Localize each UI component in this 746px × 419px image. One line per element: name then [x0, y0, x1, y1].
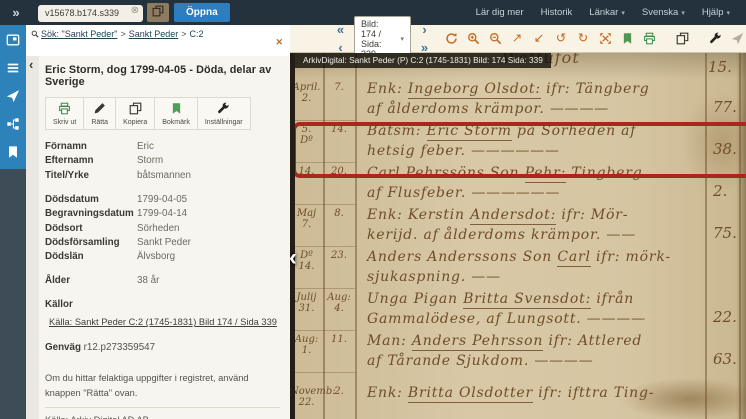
- action-label: Inställningar: [205, 119, 243, 126]
- refresh-icon[interactable]: [442, 30, 460, 48]
- copy-icon: [129, 102, 142, 117]
- shrink-icon[interactable]: ↙: [530, 30, 548, 48]
- page-edge: [290, 53, 295, 419]
- death-record-entry: Novemb: 22.2.Enk: Britta Olsdotter ifr: …: [290, 383, 746, 419]
- breadcrumb-separator: >: [181, 29, 186, 39]
- field-row: DödsförsamlingSankt Peder: [45, 237, 280, 248]
- field-value: Sankt Peder: [137, 237, 191, 248]
- field-value: 1799-04-14: [137, 208, 187, 219]
- arkivdigital-app: » ⊗ Öppna Lär dig merHistorikLänkar▾Sven…: [0, 0, 746, 419]
- wrench-icon[interactable]: [706, 30, 724, 48]
- field-group: Ålder38 år: [45, 275, 280, 286]
- field-row: DödsortSörheden: [45, 223, 280, 234]
- next-image-button[interactable]: ›: [416, 22, 433, 37]
- field-row: Ålder38 år: [45, 275, 280, 286]
- document-viewer: ArkivDigital: Sankt Peder (P) C:2 (1745-…: [290, 53, 746, 419]
- print-icon[interactable]: [640, 30, 658, 48]
- fullscreen-icon[interactable]: [596, 30, 614, 48]
- field-label: Dödsdatum: [45, 194, 137, 205]
- field-row: Titel/Yrkebåtsmannen: [45, 170, 280, 181]
- menu-svenska[interactable]: Svenska▾: [642, 7, 685, 18]
- sidebar-icon-group: [0, 25, 26, 169]
- death-record-entry: April. 2.7.Enk: Ingeborg Olsdot: ifr: Tä…: [290, 79, 746, 121]
- chevron-down-icon: ▾: [726, 10, 730, 17]
- left-sidebar: [0, 25, 26, 419]
- field-row: Begravningsdatum1799-04-14: [45, 208, 280, 219]
- field-group: Dödsdatum1799-04-05Begravningsdatum1799-…: [45, 194, 280, 263]
- pencil-icon: [93, 102, 106, 117]
- search-input[interactable]: [38, 5, 143, 22]
- field-label: Dödsort: [45, 223, 137, 234]
- shortcut-value: r12.p273359547: [84, 342, 155, 353]
- panel-collapse-strip: ‹: [26, 56, 39, 419]
- main-row: Sök: "Sankt Peder">Sankt Peder>C:2 ✕ ‹ E…: [0, 25, 746, 419]
- action-label: Kopiera: [123, 119, 147, 126]
- bookmark-icon[interactable]: [0, 138, 26, 166]
- panel-divider: [45, 407, 280, 408]
- document-entries: April. 2.7.Enk: Ingeborg Olsdot: ifr: Tä…: [290, 79, 746, 419]
- breadcrumb-separator: >: [120, 29, 125, 39]
- breadcrumb-item[interactable]: Sök: "Sankt Peder": [41, 29, 117, 39]
- viewer-toolbar: «‹ Bild: 174 / Sida: 339 ▾ ›» ↗↙↺↻: [290, 25, 746, 53]
- link-lar-dig-mer[interactable]: Lär dig mer: [476, 7, 524, 18]
- breadcrumb-item: C:2: [190, 29, 204, 39]
- sources-heading: Källor: [45, 299, 280, 310]
- correct-record-button[interactable]: Rätta: [84, 98, 116, 129]
- field-label: Förnamn: [45, 141, 137, 152]
- action-label: Bokmärk: [162, 119, 190, 126]
- navigate-icon[interactable]: [0, 82, 26, 110]
- bookmark-record-button[interactable]: Bokmärk: [155, 98, 198, 129]
- shortcut-row: Genväg r12.p273359547: [45, 342, 280, 353]
- print-record-button[interactable]: Skriv ut: [46, 98, 84, 129]
- network-icon[interactable]: [0, 110, 26, 138]
- search-box: ⊗: [38, 3, 143, 22]
- left-column: Sök: "Sankt Peder">Sankt Peder>C:2 ✕ ‹ E…: [26, 25, 290, 419]
- chevron-down-icon: ▾: [621, 10, 625, 17]
- enlarge-icon[interactable]: ↗: [508, 30, 526, 48]
- death-record-entry: Maj 7.8.Enk: Kerstin Andersdot: ifr: Mör…: [290, 205, 746, 247]
- field-row: DödslänÄlvsborg: [45, 251, 280, 262]
- breadcrumb: Sök: "Sankt Peder">Sankt Peder>C:2 ✕: [26, 25, 290, 56]
- breadcrumb-item[interactable]: Sankt Peder: [129, 29, 179, 39]
- settings-button[interactable]: Inställningar: [198, 98, 250, 129]
- field-row: FörnamnEric: [45, 141, 280, 152]
- field-label: Begravningsdatum: [45, 208, 137, 219]
- death-record-entry: Julij 31.Aug: 4.Unga Pigan Britta Svensd…: [290, 289, 746, 331]
- close-results-icon[interactable]: ✕: [275, 38, 283, 47]
- bookmark-icon: [170, 102, 183, 117]
- send-icon[interactable]: [728, 30, 746, 48]
- field-value: Sörheden: [137, 223, 180, 234]
- field-value: Älvsborg: [137, 251, 175, 262]
- record-fields: FörnamnEricEfternamnStormTitel/Yrkebåtsm…: [45, 141, 280, 286]
- link-historik[interactable]: Historik: [541, 7, 573, 18]
- zoom-in-icon[interactable]: [464, 30, 482, 48]
- field-label: Efternamn: [45, 155, 137, 166]
- field-label: Dödslän: [45, 251, 137, 262]
- menu-hjalp[interactable]: Hjälp▾: [702, 7, 730, 18]
- field-value: båtsmannen: [137, 170, 191, 181]
- action-label: Rätta: [91, 119, 108, 126]
- highlighted-death-record-entry: 5. Dº14.Båtsm: Eric Storm på Sörheden af…: [290, 121, 746, 163]
- panel-toggle-handle[interactable]: ‹: [290, 245, 297, 271]
- record-action-toolbar: Skriv utRättaKopieraBokmärkInställningar: [45, 97, 251, 130]
- field-value: 1799-04-05: [137, 194, 187, 205]
- record-panel: ‹ Eric Storm, dog 1799-04-05 - Döda, del…: [26, 56, 290, 419]
- death-record-entry: Aug: 1.11.Man: Anders Pehrsson ifr: Attl…: [290, 331, 746, 373]
- wrench-icon: [217, 102, 230, 117]
- copy-reference-button[interactable]: [147, 3, 169, 22]
- image-viewer-icon[interactable]: [0, 26, 26, 54]
- bookmark-icon[interactable]: [618, 30, 636, 48]
- clear-search-icon[interactable]: ⊗: [131, 6, 139, 16]
- panel-collapse-icon[interactable]: ‹: [26, 56, 39, 72]
- record-title: Eric Storm, dog 1799-04-05 - Döda, delar…: [45, 64, 280, 88]
- copy-icon: [152, 5, 164, 20]
- printer-icon: [58, 102, 71, 117]
- rotate-left-icon[interactable]: ↺: [552, 30, 570, 48]
- copy-record-button[interactable]: Kopiera: [116, 98, 155, 129]
- field-group: FörnamnEricEfternamnStormTitel/Yrkebåtsm…: [45, 141, 280, 181]
- field-value: Storm: [137, 155, 163, 166]
- field-label: Ålder: [45, 275, 137, 286]
- death-record-entry: 14.20.Carl Pehrssöns Son Pehr: Tingberga…: [290, 163, 746, 205]
- menu-lankar[interactable]: Länkar▾: [589, 7, 625, 18]
- field-value: Eric: [137, 141, 154, 152]
- action-label: Skriv ut: [53, 119, 76, 126]
- first-image-button[interactable]: «: [332, 22, 349, 37]
- copy-icon[interactable]: [673, 30, 691, 48]
- image-info-bar: ArkivDigital: Sankt Peder (P) C:2 (1745-…: [295, 53, 551, 68]
- death-record-entry: Dº 14.23.Anders Anderssons Son Carl ifr:…: [290, 247, 746, 289]
- credit-text: Källa: Arkiv Digital AD AB: [45, 415, 280, 419]
- field-value: 38 år: [137, 275, 159, 286]
- search-icon: [31, 29, 41, 39]
- right-column: «‹ Bild: 174 / Sida: 339 ▾ ›» ↗↙↺↻ Arkiv…: [290, 25, 746, 419]
- field-label: Titel/Yrke: [45, 170, 137, 181]
- shortcut-label: Genväg: [45, 342, 81, 353]
- field-row: EfternamnStorm: [45, 155, 280, 166]
- open-button[interactable]: Öppna: [174, 3, 230, 22]
- zoom-out-icon[interactable]: [486, 30, 504, 48]
- rotate-right-icon[interactable]: ↻: [574, 30, 592, 48]
- field-label: Dödsförsamling: [45, 237, 137, 248]
- viewer-tools: ↗↙↺↻: [442, 30, 746, 48]
- chevron-down-icon: ▾: [681, 10, 685, 17]
- chevron-down-icon: ▾: [400, 35, 404, 43]
- field-row: Dödsdatum1799-04-05: [45, 194, 280, 205]
- top-nav: Lär dig merHistorikLänkar▾Svenska▾Hjälp▾: [476, 7, 746, 18]
- sidebar-expand-icon[interactable]: »: [0, 5, 32, 20]
- correction-note: Om du hittar felaktiga uppgifter i regis…: [45, 371, 280, 400]
- record-panel-content: Eric Storm, dog 1799-04-05 - Döda, delar…: [39, 56, 290, 419]
- menu-icon[interactable]: [0, 54, 26, 82]
- partial-age: 15.: [708, 58, 732, 76]
- source-link[interactable]: Källa: Sankt Peder C:2 (1745-1831) Bild …: [49, 317, 280, 327]
